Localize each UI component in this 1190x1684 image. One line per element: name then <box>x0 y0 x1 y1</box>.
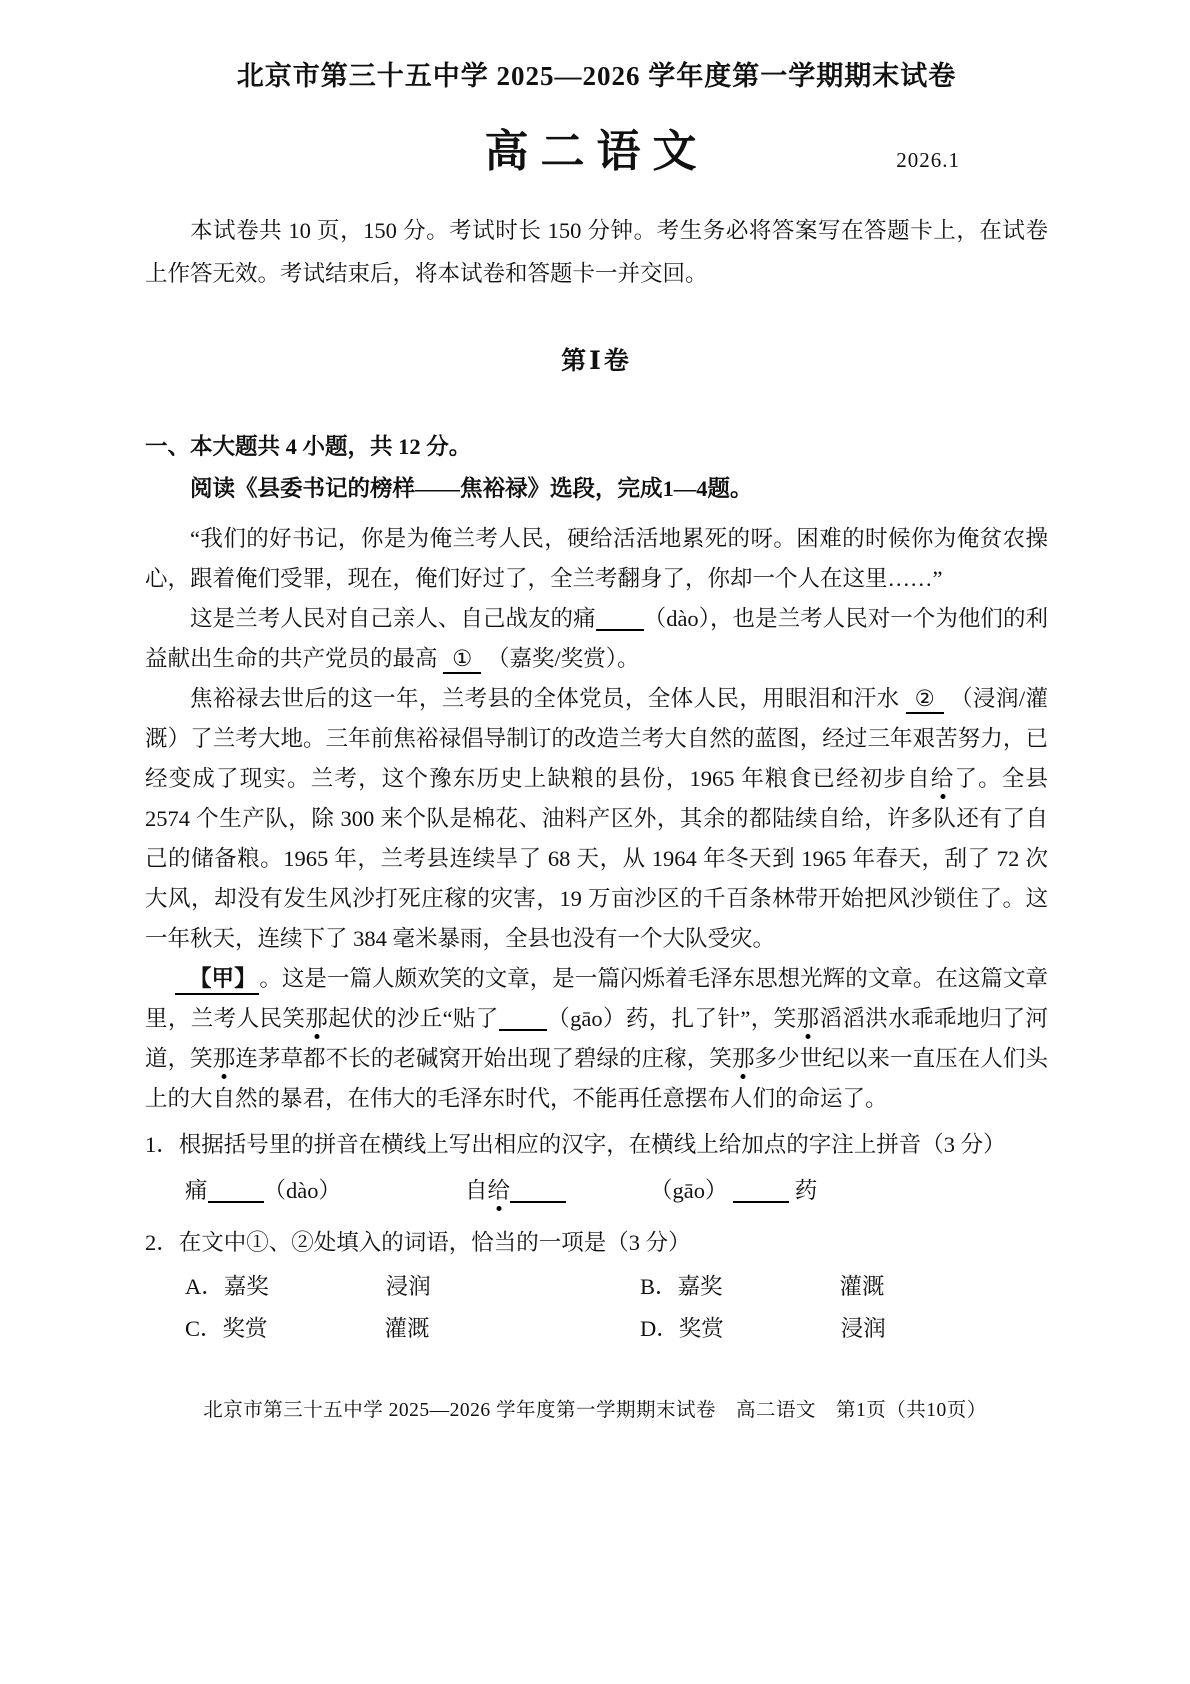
reading-passage: “我们的好书记，你是为俺兰考人民，硬给活活地累死的呀。困难的时候你为俺贫农操心，… <box>145 519 1048 1119</box>
passage-paragraph-2: 这是兰考人民对自己亲人、自己战友的痛（dào），也是兰考人民对一个为他们的利益献… <box>145 599 1048 679</box>
option-word-1: 嘉奖 <box>678 1267 840 1307</box>
q1-item-ziji: 自给 <box>465 1171 566 1211</box>
school-header: 北京市第三十五中学 2025—2026 学年度第一学期期末试卷 <box>145 54 1048 93</box>
emphasized-char-na-1: 那 <box>305 1006 328 1031</box>
option-word-2: 浸润 <box>386 1274 431 1299</box>
fill-blank-gao <box>499 1007 547 1032</box>
option-word-1: 奖赏 <box>223 1309 385 1349</box>
passage-text: 这是兰考人民对自己亲人、自己战友的痛 <box>190 606 596 631</box>
emphasized-char-na-2: 那 <box>797 1006 820 1031</box>
exam-title: 高二语文 <box>485 115 709 179</box>
passage-paragraph-1: “我们的好书记，你是为俺兰考人民，硬给活活地累死的呀。困难的时候你为俺贫农操心，… <box>145 519 1048 599</box>
answer-blank <box>733 1179 789 1204</box>
section-one-heading: 一、本大题共 4 小题，共 12 分。 <box>145 427 1048 467</box>
numbered-blank-2: ② <box>906 686 945 714</box>
title-row: 高二语文 2026.1 <box>145 115 1048 177</box>
reading-intro: 阅读《县委书记的榜样——焦裕禄》选段，完成1—4题。 <box>145 469 1048 509</box>
passage-text: 起伏的沙丘“贴了 <box>328 1006 499 1031</box>
passage-paragraph-4: 【甲】。这是一篇人颇欢笑的文章，是一篇闪烁着毛泽东思想光辉的文章。在这篇文章里，… <box>145 959 1048 1119</box>
options-row-2: C．奖赏灌溉 D．奖赏浸润 <box>145 1309 1048 1351</box>
emphasized-char-gei: 给 <box>488 1178 511 1203</box>
answer-blank <box>510 1179 566 1204</box>
q1-item-gao: （gāo） 药 <box>650 1171 817 1211</box>
answer-blank <box>208 1179 264 1204</box>
options-row-1: A．嘉奖浸润 B．嘉奖灌溉 <box>145 1267 1048 1309</box>
question-1-answer-line: 痛（dào） 自给 （gāo） 药 <box>145 1171 1048 1217</box>
exam-instructions: 本试卷共 10 页，150 分。考试时长 150 分钟。考生务必将答案写在答题卡… <box>145 209 1048 295</box>
option-label: A． <box>185 1267 224 1307</box>
option-word-1: 嘉奖 <box>224 1267 386 1307</box>
option-word-1: 奖赏 <box>679 1309 841 1349</box>
passage-text: 了。全县 2574 个生产队，除 300 来个队是棉花、油料产区外，其余的都陆续… <box>145 766 1048 951</box>
option-label: C． <box>185 1309 223 1349</box>
emphasized-char-na-4: 那 <box>732 1046 755 1071</box>
q1-item-text: 药 <box>795 1178 818 1203</box>
q1-item-text: 自 <box>465 1178 488 1203</box>
exam-date: 2026.1 <box>896 148 960 173</box>
option-label: D． <box>640 1309 679 1349</box>
option-b: B．嘉奖灌溉 <box>640 1267 885 1307</box>
fill-blank-dao <box>596 607 644 632</box>
page-content: 北京市第三十五中学 2025—2026 学年度第一学期期末试卷 高二语文 202… <box>0 54 1190 1351</box>
passage-text: 连茅草都不长的老碱窝开始出现了碧绿的庄稼，笑 <box>235 1046 732 1071</box>
passage-text: （嘉奖/奖赏）。 <box>487 646 640 671</box>
exam-paper-page: 北京市第三十五中学 2025—2026 学年度第一学期期末试卷 高二语文 202… <box>0 0 1190 1684</box>
q1-item-pinyin: （dào） <box>264 1178 342 1203</box>
emphasized-char-gei: 给 <box>931 766 955 791</box>
option-d: D．奖赏浸润 <box>640 1309 886 1349</box>
q1-item-dao: 痛（dào） <box>185 1171 341 1211</box>
q1-item-text: 痛 <box>185 1178 208 1203</box>
option-label: B． <box>640 1267 678 1307</box>
question-2-stem: 2．在文中①、②处填入的词语，恰当的一项是（3 分） <box>145 1223 1048 1263</box>
passage-text: 焦裕禄去世后的这一年，兰考县的全体党员，全体人民，用眼泪和汗水 <box>190 686 900 711</box>
passage-paragraph-3: 焦裕禄去世后的这一年，兰考县的全体党员，全体人民，用眼泪和汗水 ② （浸润/灌溉… <box>145 679 1048 959</box>
volume-title: 第Ⅰ卷 <box>145 341 1048 377</box>
jia-underlined-blank: 【甲】 <box>175 966 259 995</box>
option-word-2: 灌溉 <box>385 1316 430 1341</box>
emphasized-char-na-3: 那 <box>213 1046 236 1071</box>
option-c: C．奖赏灌溉 <box>185 1309 430 1349</box>
q1-item-pinyin: （gāo） <box>650 1178 728 1203</box>
option-word-2: 浸润 <box>841 1316 886 1341</box>
passage-text: （gāo）药，扎了针”，笑 <box>547 1006 797 1031</box>
option-word-2: 灌溉 <box>840 1274 885 1299</box>
option-a: A．嘉奖浸润 <box>185 1267 431 1307</box>
numbered-blank-1: ① <box>443 646 481 674</box>
page-footer: 北京市第三十五中学 2025—2026 学年度第一学期期末试卷 高二语文 第1页… <box>0 1394 1190 1422</box>
question-1-stem: 1．根据括号里的拼音在横线上写出相应的汉字，在横线上给加点的字注上拼音（3 分） <box>145 1125 1048 1165</box>
